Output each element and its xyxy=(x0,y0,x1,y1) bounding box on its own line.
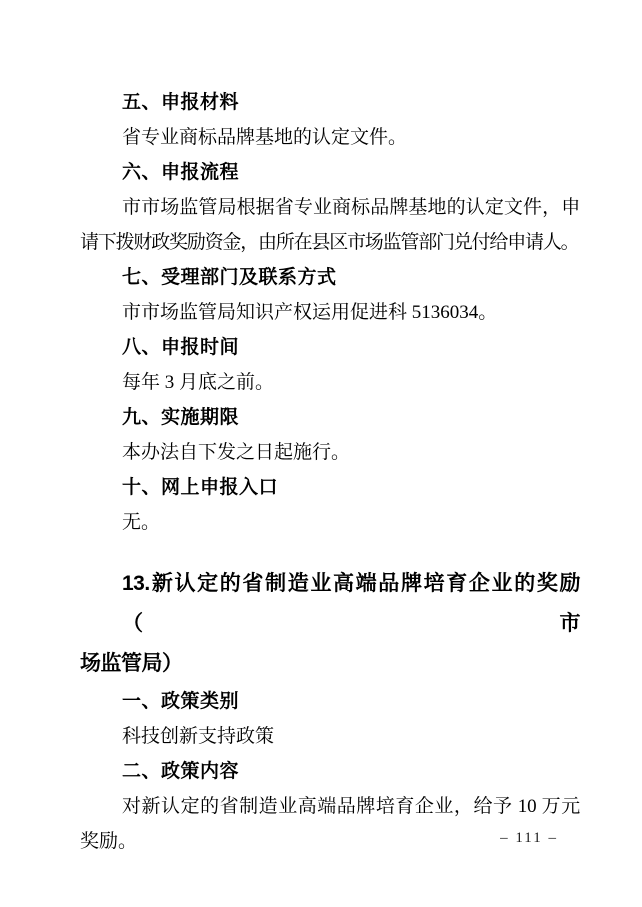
section-6-paragraph-line: 市市场监管局根据省专业商标品牌基地的认定文件，申 xyxy=(80,190,580,225)
item-13-heading-line: 场监管局） xyxy=(80,644,580,684)
section-heading-8: 八、申报时间 xyxy=(80,330,580,365)
section-heading-5: 五、申报材料 xyxy=(80,85,580,120)
item-13-heading: 13.新认定的省制造业高端品牌培育企业的奖励（市 场监管局） xyxy=(80,564,580,684)
section-heading-10: 十、网上申报入口 xyxy=(80,470,580,505)
section-8-paragraph-line: 每年 3 月底之前。 xyxy=(80,365,580,400)
section-9-paragraph-line: 本办法自下发之日起施行。 xyxy=(80,435,580,470)
section-heading-9: 九、实施期限 xyxy=(80,400,580,435)
policy-category-paragraph-line: 科技创新支持政策 xyxy=(80,719,580,754)
section-10-paragraph-line: 无。 xyxy=(80,505,580,540)
document-page: 五、申报材料 省专业商标品牌基地的认定文件。 六、申报流程 市市场监管局根据省专… xyxy=(0,0,642,907)
section-7-paragraph-line: 市市场监管局知识产权运用促进科 5136034。 xyxy=(80,295,580,330)
section-6-paragraph-line: 请下拨财政奖励资金，由所在县区市场监管部门兑付给申请人。 xyxy=(80,225,580,260)
section-heading-7: 七、受理部门及联系方式 xyxy=(80,260,580,295)
page-number: – 111 – xyxy=(500,830,558,847)
item-13-heading-line: 13.新认定的省制造业高端品牌培育企业的奖励（市 xyxy=(80,564,580,644)
section-heading-policy-category: 一、政策类别 xyxy=(80,684,580,719)
policy-content-paragraph-line: 对新认定的省制造业高端品牌培育企业，给予 10 万元 xyxy=(80,789,580,824)
section-5-paragraph-line: 省专业商标品牌基地的认定文件。 xyxy=(80,120,580,155)
document-content: 五、申报材料 省专业商标品牌基地的认定文件。 六、申报流程 市市场监管局根据省专… xyxy=(80,85,580,859)
section-heading-policy-content: 二、政策内容 xyxy=(80,754,580,789)
section-heading-6: 六、申报流程 xyxy=(80,155,580,190)
